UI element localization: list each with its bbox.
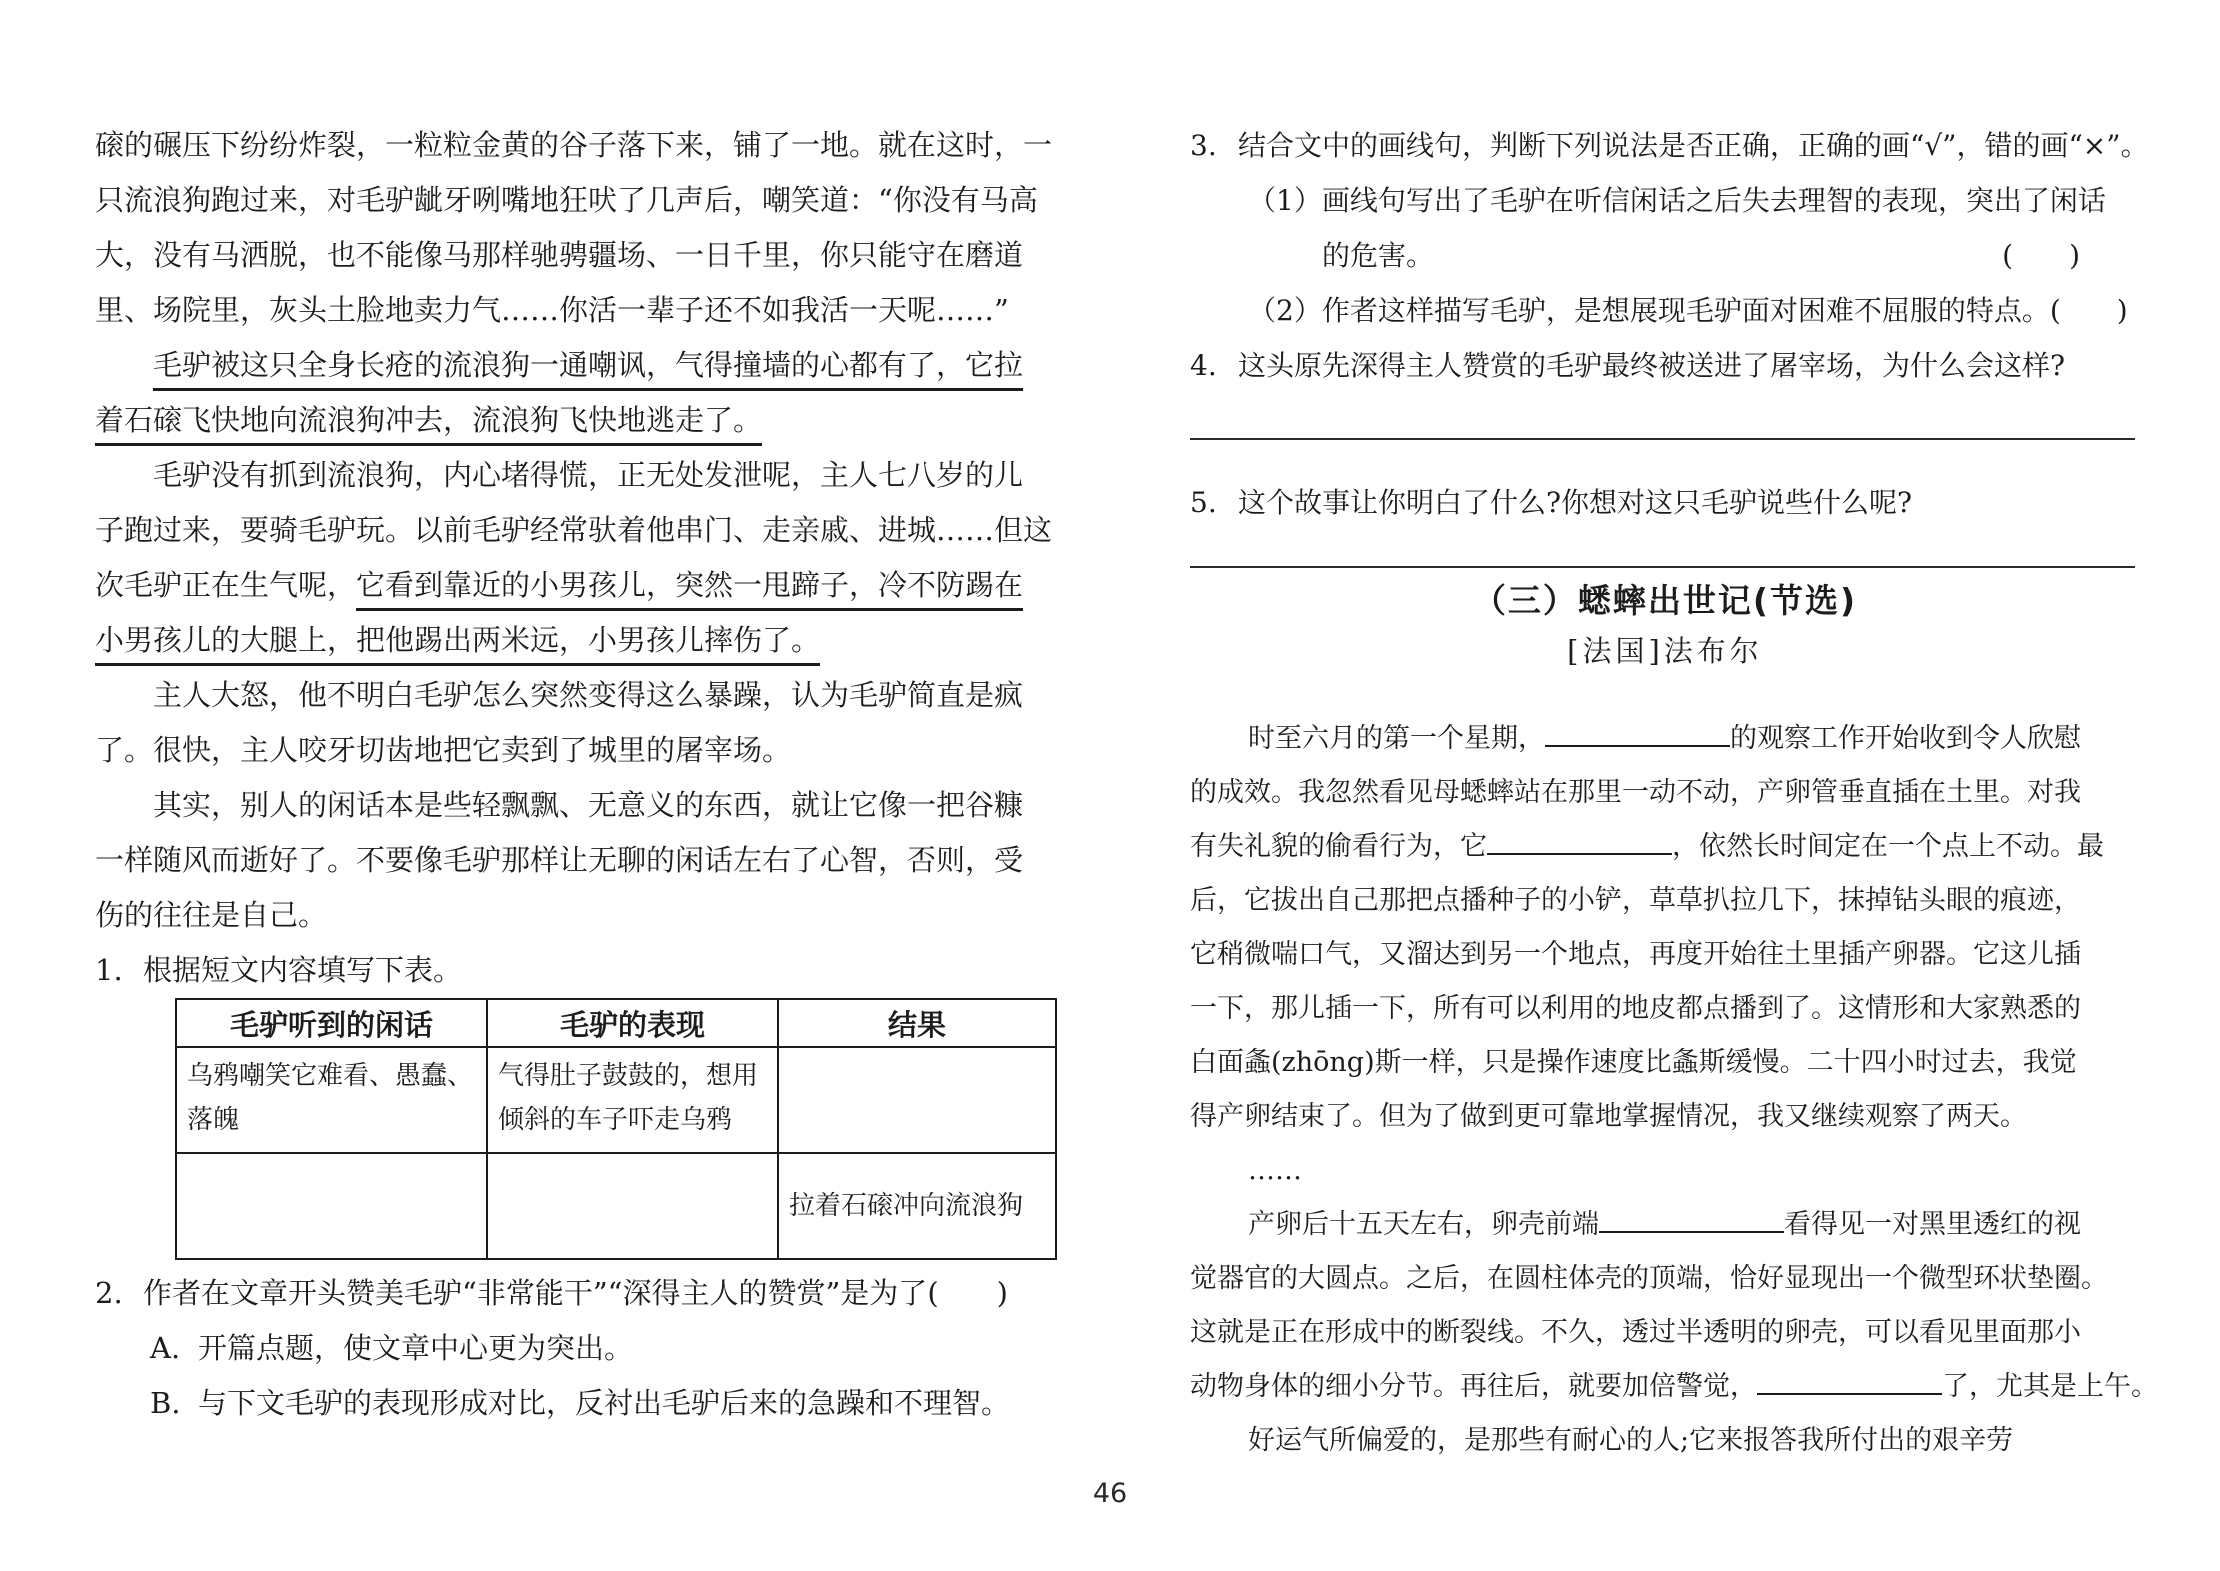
- question-5: 5.这个故事让你明白了什么?你想对这只毛驴说些什么呢?: [1190, 475, 2140, 530]
- fill-in-blank: [1545, 725, 1730, 747]
- underlined-text: 着石磙飞快地向流浪狗冲去，流浪狗飞快地逃走了。: [95, 403, 762, 446]
- table-row: 拉着石磙冲向流浪狗: [176, 1153, 1056, 1259]
- text-line: 伤的往往是自己。: [95, 888, 1065, 943]
- question-3: 3.结合文中的画线句，判断下列说法是否正确，正确的画“√”，错的画“×”。: [1190, 118, 2140, 173]
- question-4-number: 4.: [1190, 338, 1238, 393]
- text-line: 一样随风而逝好了。不要像毛驴那样让无聊的闲话左右了心智，否则，受: [95, 833, 1065, 888]
- fill-in-blank: [1487, 833, 1672, 855]
- text-segment: 磙的碾压下纷纷炸裂，一粒粒金黄的谷子落下来，铺了一地。就在这时，一: [95, 128, 1052, 162]
- table-cell-empty: [778, 1047, 1056, 1153]
- text-segment: 大，没有马洒脱，也不能像马那样驰骋疆场、一日千里，你只能守在磨道: [95, 238, 1023, 272]
- underlined-text: 小男孩儿的大腿上，把他踢出两米远，小男孩儿摔伤了。: [95, 623, 820, 666]
- table-row: 乌鸦嘲笑它难看、愚蠢、落魄气得肚子鼓鼓的，想用倾斜的车子吓走乌鸦: [176, 1047, 1056, 1153]
- text-line: 毛驴没有抓到流浪狗，内心堵得慌，正无处发泄呢，主人七八岁的儿: [95, 448, 1065, 503]
- table-cell-empty: [176, 1153, 487, 1259]
- table-header-cell: 结果: [778, 999, 1056, 1047]
- question-2: 2.作者在文章开头赞美毛驴“非常能干”“深得主人的赞赏”是为了( ): [95, 1266, 1065, 1321]
- text-segment: 一下，那儿插一下，所有可以利用的地皮都点播到了。这情形和大家熟悉的: [1190, 993, 2081, 1024]
- option-a-text: 开篇点题，使文章中心更为突出。: [198, 1331, 633, 1365]
- text-segment: 主人大怒，他不明白毛驴怎么突然变得这么暴躁，认为毛驴简直是疯: [153, 678, 1023, 712]
- text-segment: 一样随风而逝好了。不要像毛驴那样让无聊的闲话左右了心智，否则，受: [95, 843, 1023, 877]
- sub-2-number: （2）: [1248, 294, 1322, 327]
- section-label: （三）: [1473, 581, 1578, 620]
- table-header-cell: 毛驴的表现: [487, 999, 778, 1047]
- text-segment: 次毛驴正在生气呢，: [95, 568, 356, 602]
- text-segment: 有失礼貌的偷看行为，它: [1190, 831, 1487, 862]
- question-2-option-a: A.开篇点题，使文章中心更为突出。: [95, 1321, 1065, 1376]
- text-segment: 里、场院里，灰头土脸地卖力气……你活一辈子还不如我活一天呢……”: [95, 293, 1009, 327]
- sub-1-number: （1）: [1248, 184, 1322, 217]
- text-segment: 白面螽(zhōng)斯一样，只是操作速度比螽斯缓慢。二十四小时过去，我觉: [1190, 1047, 2077, 1078]
- text-line: 其实，别人的闲话本是些轻飘飘、无意义的东西，就让它像一把谷糠: [95, 778, 1065, 833]
- question-1: 1.根据短文内容填写下表。: [95, 943, 1065, 998]
- text-segment: 觉器官的大圆点。之后，在圆柱体壳的顶端，恰好显现出一个微型环状垫圈。: [1190, 1263, 2108, 1294]
- text-line: 时至六月的第一个星期，的观察工作开始收到令人欣慰: [1190, 712, 2140, 766]
- fill-in-blank: [1757, 1373, 1942, 1395]
- question-5-answer-line: [1190, 530, 2135, 568]
- underlined-text: 它看到靠近的小男孩儿，突然一甩蹄子，冷不防踢在: [356, 568, 1023, 611]
- text-line: 毛驴被这只全身长疮的流浪狗一通嘲讽，气得撞墙的心都有了，它拉: [95, 338, 1065, 393]
- fill-in-table: 毛驴听到的闲话毛驴的表现结果乌鸦嘲笑它难看、愚蠢、落魄气得肚子鼓鼓的，想用倾斜的…: [175, 998, 1057, 1260]
- question-3-text: 结合文中的画线句，判断下列说法是否正确，正确的画“√”，错的画“×”。: [1238, 129, 2149, 162]
- cricket-passage: 时至六月的第一个星期，的观察工作开始收到令人欣慰的成效。我忽然看见母蟋蟀站在那里…: [1190, 712, 2140, 1468]
- text-line: 次毛驴正在生气呢，它看到靠近的小男孩儿，突然一甩蹄子，冷不防踢在: [95, 558, 1065, 613]
- text-segment: 只流浪狗跑过来，对毛驴龇牙咧嘴地狂吠了几声后，嘲笑道：“你没有马高: [95, 183, 1038, 217]
- question-2-option-b: B.与下文毛驴的表现形成对比，反衬出毛驴后来的急躁和不理智。: [95, 1376, 1065, 1431]
- text-segment: 看得见一对黑里透红的视: [1784, 1209, 2081, 1240]
- left-column: 磙的碾压下纷纷炸裂，一粒粒金黄的谷子落下来，铺了一地。就在这时，一只流浪狗跑过来…: [95, 118, 1065, 1431]
- text-line: 的成效。我忽然看见母蟋蟀站在那里一动不动，产卵管垂直插在土里。对我: [1190, 766, 2140, 820]
- text-segment: 伤的往往是自己。: [95, 898, 327, 932]
- text-line: 着石磙飞快地向流浪狗冲去，流浪狗飞快地逃走了。: [95, 393, 1065, 448]
- text-segment: 动物身体的细小分节。再往后，就要加倍警觉，: [1190, 1371, 1757, 1402]
- question-4-answer-line: [1190, 393, 2135, 440]
- table-header-cell: 毛驴听到的闲话: [176, 999, 487, 1047]
- sub-2-text: 作者这样描写毛驴，是想展现毛驴面对困难不屈服的特点。: [1322, 294, 2050, 327]
- text-line: 有失礼貌的偷看行为，它，依然长时间定在一个点上不动。最: [1190, 820, 2140, 874]
- section-heading: （三）蟋蟀出世记(节选): [1190, 576, 2140, 626]
- text-line: 好运气所偏爱的，是那些有耐心的人;它来报答我所付出的艰辛劳: [1190, 1414, 2140, 1468]
- text-line: 磙的碾压下纷纷炸裂，一粒粒金黄的谷子落下来，铺了一地。就在这时，一: [95, 118, 1065, 173]
- option-a-label: A.: [150, 1321, 198, 1376]
- question-2-answer-bracket: ( ): [927, 1276, 1008, 1310]
- option-b-text: 与下文毛驴的表现形成对比，反衬出毛驴后来的急躁和不理智。: [198, 1386, 1010, 1420]
- text-line: 一下，那儿插一下，所有可以利用的地皮都点播到了。这情形和大家熟悉的: [1190, 982, 2140, 1036]
- text-segment: 其实，别人的闲话本是些轻飘飘、无意义的东西，就让它像一把谷糠: [153, 788, 1023, 822]
- question-4: 4.这头原先深得主人赞赏的毛驴最终被送进了屠宰场，为什么会这样?: [1190, 338, 2140, 393]
- text-segment: 的观察工作开始收到令人欣慰: [1730, 723, 2081, 754]
- table-cell-empty: [487, 1153, 778, 1259]
- text-line: 大，没有马洒脱，也不能像马那样驰骋疆场、一日千里，你只能守在磨道: [95, 228, 1065, 283]
- text-segment: 了，尤其是上午。: [1942, 1371, 2158, 1402]
- underlined-text: 毛驴被这只全身长疮的流浪狗一通嘲讽，气得撞墙的心都有了，它拉: [153, 348, 1023, 391]
- fill-in-blank: [1599, 1211, 1784, 1233]
- text-line: 觉器官的大圆点。之后，在圆柱体壳的顶端，恰好显现出一个微型环状垫圈。: [1190, 1252, 2140, 1306]
- question-3-sub-1-line-1: （1）画线句写出了毛驴在听信闲话之后失去理智的表现，突出了闲话: [1190, 173, 2140, 228]
- text-segment: 产卵后十五天左右，卵壳前端: [1248, 1209, 1599, 1240]
- text-line: 只流浪狗跑过来，对毛驴龇牙咧嘴地狂吠了几声后，嘲笑道：“你没有马高: [95, 173, 1065, 228]
- text-segment: 时至六月的第一个星期，: [1248, 723, 1545, 754]
- question-5-number: 5.: [1190, 475, 1238, 530]
- text-line: 动物身体的细小分节。再往后，就要加倍警觉，了，尤其是上午。: [1190, 1360, 2140, 1414]
- text-line: 子跑过来，要骑毛驴玩。以前毛驴经常驮着他串门、走亲戚、进城……但这: [95, 503, 1065, 558]
- text-segment: 得产卵结束了。但为了做到更可靠地掌握情况，我又继续观察了两天。: [1190, 1101, 2027, 1132]
- question-5-text: 这个故事让你明白了什么?你想对这只毛驴说些什么呢?: [1238, 486, 1912, 519]
- section-author: [法国]法布尔: [1190, 626, 2140, 676]
- question-1-number: 1.: [95, 943, 143, 998]
- sub-2-answer-bracket: ( ): [2050, 294, 2128, 327]
- text-line: 它稍微喘口气，又溜达到另一个地点，再度开始往土里插产卵器。它这儿插: [1190, 928, 2140, 982]
- text-line: 后，它拔出自己那把点播种子的小铲，草草扒拉几下，抹掉钻头眼的痕迹，: [1190, 874, 2140, 928]
- question-3-number: 3.: [1190, 118, 1238, 173]
- question-4-text: 这头原先深得主人赞赏的毛驴最终被送进了屠宰场，为什么会这样?: [1238, 349, 2065, 382]
- table-cell: 乌鸦嘲笑它难看、愚蠢、落魄: [176, 1047, 487, 1153]
- text-segment: 它稍微喘口气，又溜达到另一个地点，再度开始往土里插产卵器。它这儿插: [1190, 939, 2081, 970]
- text-segment: 后，它拔出自己那把点播种子的小铲，草草扒拉几下，抹掉钻头眼的痕迹，: [1190, 885, 2081, 916]
- text-line: 这就是正在形成中的断裂线。不久，透过半透明的卵壳，可以看见里面那小: [1190, 1306, 2140, 1360]
- story-paragraphs: 磙的碾压下纷纷炸裂，一粒粒金黄的谷子落下来，铺了一地。就在这时，一只流浪狗跑过来…: [95, 118, 1065, 943]
- question-2-text: 作者在文章开头赞美毛驴“非常能干”“深得主人的赞赏”是为了: [143, 1276, 927, 1310]
- sub-1-answer-bracket: ( ): [2002, 228, 2080, 283]
- text-segment: 毛驴没有抓到流浪狗，内心堵得慌，正无处发泄呢，主人七八岁的儿: [153, 458, 1023, 492]
- text-line: 得产卵结束了。但为了做到更可靠地掌握情况，我又继续观察了两天。: [1190, 1090, 2140, 1144]
- table-cell: 气得肚子鼓鼓的，想用倾斜的车子吓走乌鸦: [487, 1047, 778, 1153]
- text-line: 产卵后十五天左右，卵壳前端看得见一对黑里透红的视: [1190, 1198, 2140, 1252]
- question-2-number: 2.: [95, 1266, 143, 1321]
- text-line: 主人大怒，他不明白毛驴怎么突然变得这么暴躁，认为毛驴简直是疯: [95, 668, 1065, 723]
- text-segment: 的成效。我忽然看见母蟋蟀站在那里一动不动，产卵管垂直插在土里。对我: [1190, 777, 2081, 808]
- text-line: 里、场院里，灰头土脸地卖力气……你活一辈子还不如我活一天呢……”: [95, 283, 1065, 338]
- text-segment: 这就是正在形成中的断裂线。不久，透过半透明的卵壳，可以看见里面那小: [1190, 1317, 2081, 1348]
- text-line: ……: [1190, 1144, 2140, 1198]
- text-segment: 了。很快，主人咬牙切齿地把它卖到了城里的屠宰场。: [95, 733, 791, 767]
- text-line: 小男孩儿的大腿上，把他踢出两米远，小男孩儿摔伤了。: [95, 613, 1065, 668]
- text-line: 白面螽(zhōng)斯一样，只是操作速度比螽斯缓慢。二十四小时过去，我觉: [1190, 1036, 2140, 1090]
- option-b-label: B.: [150, 1376, 198, 1431]
- page-number: 46: [0, 1478, 2220, 1509]
- sub-1-text: 画线句写出了毛驴在听信闲话之后失去理智的表现，突出了闲话: [1322, 184, 2106, 217]
- text-segment: 好运气所偏爱的，是那些有耐心的人;它来报答我所付出的艰辛劳: [1248, 1425, 2013, 1456]
- question-1-text: 根据短文内容填写下表。: [143, 953, 462, 987]
- right-column: 3.结合文中的画线句，判断下列说法是否正确，正确的画“√”，错的画“×”。 （1…: [1190, 118, 2140, 1468]
- text-segment: 子跑过来，要骑毛驴玩。以前毛驴经常驮着他串门、走亲戚、进城……但这: [95, 513, 1052, 547]
- table-cell: 拉着石磙冲向流浪狗: [778, 1153, 1056, 1259]
- text-segment: ……: [1248, 1155, 1302, 1186]
- workbook-page: 磙的碾压下纷纷炸裂，一粒粒金黄的谷子落下来，铺了一地。就在这时，一只流浪狗跑过来…: [0, 0, 2220, 1571]
- text-segment: ，依然长时间定在一个点上不动。最: [1672, 831, 2104, 862]
- question-3-sub-1-line-2: 的危害。 ( ): [1190, 228, 2140, 283]
- sub-1-text-cont: 的危害。: [1322, 239, 1434, 272]
- section-title: 蟋蟀出世记(节选): [1578, 581, 1857, 620]
- question-3-sub-2: （2）作者这样描写毛驴，是想展现毛驴面对困难不屈服的特点。( ): [1190, 283, 2140, 338]
- text-line: 了。很快，主人咬牙切齿地把它卖到了城里的屠宰场。: [95, 723, 1065, 778]
